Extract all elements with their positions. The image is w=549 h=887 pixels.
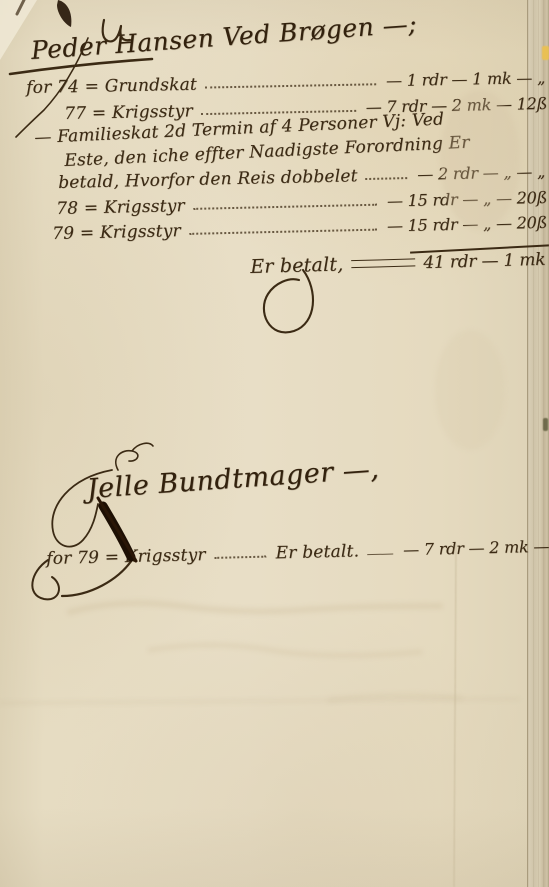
dot-leader — [366, 177, 408, 180]
bleedthrough-ghost — [435, 330, 505, 450]
manuscript-page: Peder Hansen Ved Brøgen —; for 74 = Grun… — [0, 0, 549, 887]
dot-leader — [189, 229, 377, 235]
ledger-row-amount: — 7 rdr — 2 mk — 12ß — [403, 536, 549, 559]
dot-leader — [214, 556, 266, 559]
ledger-row-amount: — 2 rdr — „ — „ — [417, 162, 545, 184]
dash-leader — [367, 554, 393, 556]
dot-leader — [205, 83, 376, 88]
note-text: betald, Hvorfor den Reis dobbelet — [58, 166, 358, 193]
ledger-row-amount: — 1 rdr — 1 mk — „ — [386, 68, 545, 90]
dark-edge-stain — [543, 418, 548, 431]
bleedthrough-ghost — [150, 645, 420, 656]
dot-leader — [193, 204, 377, 210]
ledger-row: for 79 = Krigsstyr Er betalt. — 7 rdr — … — [46, 537, 547, 569]
bleedthrough-ghost — [70, 603, 440, 612]
yellow-edge-stain — [542, 46, 549, 60]
entry-heading-jelle-bundtmager: Jelle Bundtmager —, — [86, 454, 380, 505]
double-dash — [351, 258, 415, 268]
page-fore-edge — [527, 0, 549, 887]
ledger-row-label: 79 = Krigsstyr — [52, 221, 181, 244]
ledger-row: for 74 = Grundskat — 1 rdr — 1 mk — „ — [26, 68, 545, 98]
total-loop-flourish — [264, 270, 313, 332]
ledger-row-label: for 79 = Krigsstyr — [46, 545, 206, 569]
total-label: Er betalt, — [250, 253, 344, 278]
ledger-row-amount: — 15 rdr — „ — 20ß — [387, 213, 548, 236]
ledger-row-label: 78 = Krigsstyr — [56, 196, 185, 219]
total-amount: 41 rdr — 1 mk — 2ß — [423, 248, 549, 273]
ledger-row-amount: — 15 rdr — „ — 20ß — [387, 188, 548, 211]
total-row: Er betalt, 41 rdr — 1 mk — 2ß — [250, 248, 547, 278]
heading-curl-flourish — [116, 443, 153, 470]
vertical-crease — [454, 545, 456, 887]
ledger-row-label: for 74 = Grundskat — [26, 75, 197, 98]
horizontal-crease — [0, 699, 520, 703]
ledger-row: 79 = Krigsstyr — 15 rdr — „ — 20ß — [52, 213, 547, 244]
paid-label: Er betalt. — [275, 541, 359, 563]
ledger-row-label: 77 = Krigsstyr — [64, 101, 193, 124]
bleedthrough-ghost — [330, 695, 460, 700]
ink-blot — [57, 0, 71, 27]
entry-heading-peder-hansen: Peder Hansen Ved Brøgen —; — [30, 9, 418, 65]
